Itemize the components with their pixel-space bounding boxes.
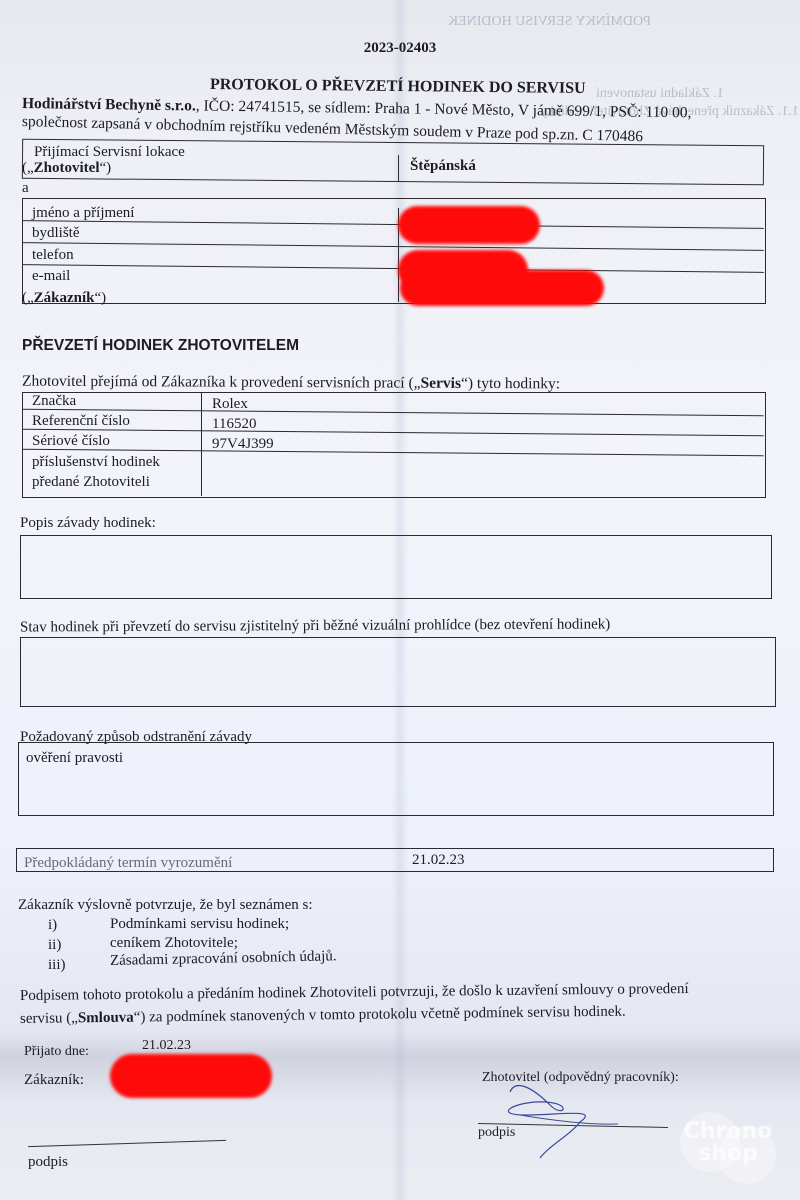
contract-line-1: Podpisem tohoto protokolu a předáním hod… [20,981,689,1005]
requested-fix-box [18,742,774,816]
acknowledgement-item-2: ceníkem Zhotovitele; [110,935,238,952]
contractor-location-label: Přijímací Servisní lokace [34,144,185,161]
customer-email-label: e-mail [32,268,70,285]
acknowledgement-marker-3: iii) [48,957,66,974]
chronoshop-watermark-logo: Chrono shop [678,1108,778,1178]
customer-signature-line [28,1140,226,1147]
received-label: Přijato dne: [24,1044,89,1060]
contractor-signature-scribble [490,1080,650,1160]
conjunction-and: a [22,180,29,197]
acknowledgement-marker-1: i) [48,917,57,934]
watch-reference-value: 116520 [212,416,256,433]
watermark-line-1: Chrono [684,1121,773,1143]
redaction-customer-email [400,270,604,306]
acknowledgement-item-1: Podmínkami servisu hodinek; [110,916,289,933]
redaction-customer-name [110,1054,272,1098]
acknowledgement-item-3: Zásadami zpracování osobních údajů. [110,948,337,970]
company-name: Hodinářství Bechyně s.r.o. [22,95,196,114]
watch-reference-label: Referenční číslo [32,413,130,430]
customer-phone-label: telefon [32,247,74,264]
watch-section-heading: PŘEVZETÍ HODINEK ZHOTOVITELEM [22,337,299,355]
contractor-location-value: Štěpánská [410,158,476,175]
bleed-through-line1: 1. Základní ustanovení [596,86,724,102]
watch-brand-value: Rolex [212,396,248,413]
fault-description-box [20,535,772,599]
watch-brand-label: Značka [32,393,76,410]
acknowledgement-marker-2: ii) [48,937,61,954]
bleed-through-heading: PODMÍNKY SERVISU HODINEK [448,14,651,30]
acknowledgement-intro: Zákazník výslovně potvrzuje, že byl sezn… [18,897,313,914]
condition-label: Stav hodinek při převzetí do servisu zji… [20,616,610,636]
watch-accessories-label-2: předané Zhotoviteli [32,474,150,491]
watch-serial-label: Sériové číslo [32,433,110,450]
customer-sign-caption: podpis [28,1154,68,1171]
customer-signature-label: Zákazník: [24,1072,84,1089]
watermark-line-2: shop [698,1143,758,1165]
contract-line-2: servisu („Smlouva“) za podmínek stanoven… [20,1004,626,1028]
customer-name-label: jméno a příjmení [32,205,134,222]
watch-section-intro: Zhotovitel přejímá od Zákazníka k proved… [22,373,560,394]
document-number: 2023-02403 [0,40,800,57]
contractor-table-divider [398,155,399,181]
watch-table-divider [201,392,202,496]
received-date: 21.02.23 [142,1038,191,1054]
watch-accessories-label: příslušenství hodinek [32,454,160,471]
notice-date-label: Předpokládaný termín vyrozumění [24,855,232,872]
watch-serial-value: 97V4J399 [212,436,274,453]
redaction-customer-name-address [398,206,540,244]
fault-description-label: Popis závady hodinek: [20,515,156,532]
document-title: PROTOKOL O PŘEVZETÍ HODINEK DO SERVISU [210,76,586,98]
notice-date-value: 21.02.23 [412,852,465,869]
contractor-role: („Zhotovitel“) [22,160,111,177]
customer-address-label: bydliště [32,225,80,242]
condition-box [20,637,776,707]
requested-fix-value: ověření pravosti [26,750,123,767]
customer-role: („Zákazník“) [22,290,106,307]
